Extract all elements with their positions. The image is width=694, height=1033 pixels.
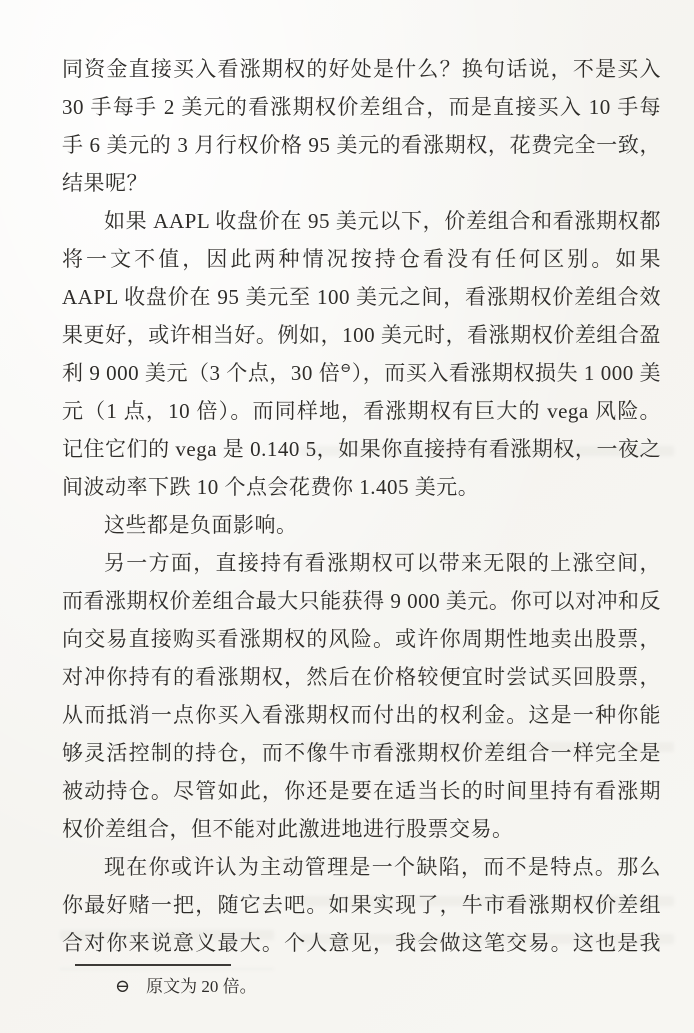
page-body-text: 同资金直接买入看涨期权的好处是什么？换句话说，不是买入 30 手每手 2 美元的…	[62, 50, 661, 955]
footnote-marker: ⊖	[115, 974, 130, 998]
body-paragraph-5: 现在你或许认为主动管理是一个缺陷，而不是特点。那么你最好赌一把，随它去吧。如果实…	[62, 848, 661, 955]
footnote-divider	[75, 964, 231, 966]
footnote-reference-mark: ⊖	[340, 360, 351, 375]
paragraph-2-text-before-footnote: 如果 AAPL 收盘价在 95 美元以下，价差组合和看涨期权都将一文不值，因此两…	[62, 209, 661, 385]
footnote: ⊖原文为 20 倍。	[75, 974, 635, 999]
body-paragraph-4: 另一方面，直接持有看涨期权可以带来无限的上涨空间，而看涨期权价差组合最大只能获得…	[62, 544, 661, 848]
footnote-block: ⊖原文为 20 倍。	[75, 964, 635, 999]
book-page: { "document": { "language": "zh-CN", "ba…	[0, 0, 694, 1033]
body-paragraph-1: 同资金直接买入看涨期权的好处是什么？换句话说，不是买入 30 手每手 2 美元的…	[62, 50, 661, 202]
body-paragraph-2: 如果 AAPL 收盘价在 95 美元以下，价差组合和看涨期权都将一文不值，因此两…	[62, 202, 661, 506]
footnote-text: 原文为 20 倍。	[146, 977, 257, 996]
body-paragraph-3: 这些都是负面影响。	[62, 506, 661, 544]
